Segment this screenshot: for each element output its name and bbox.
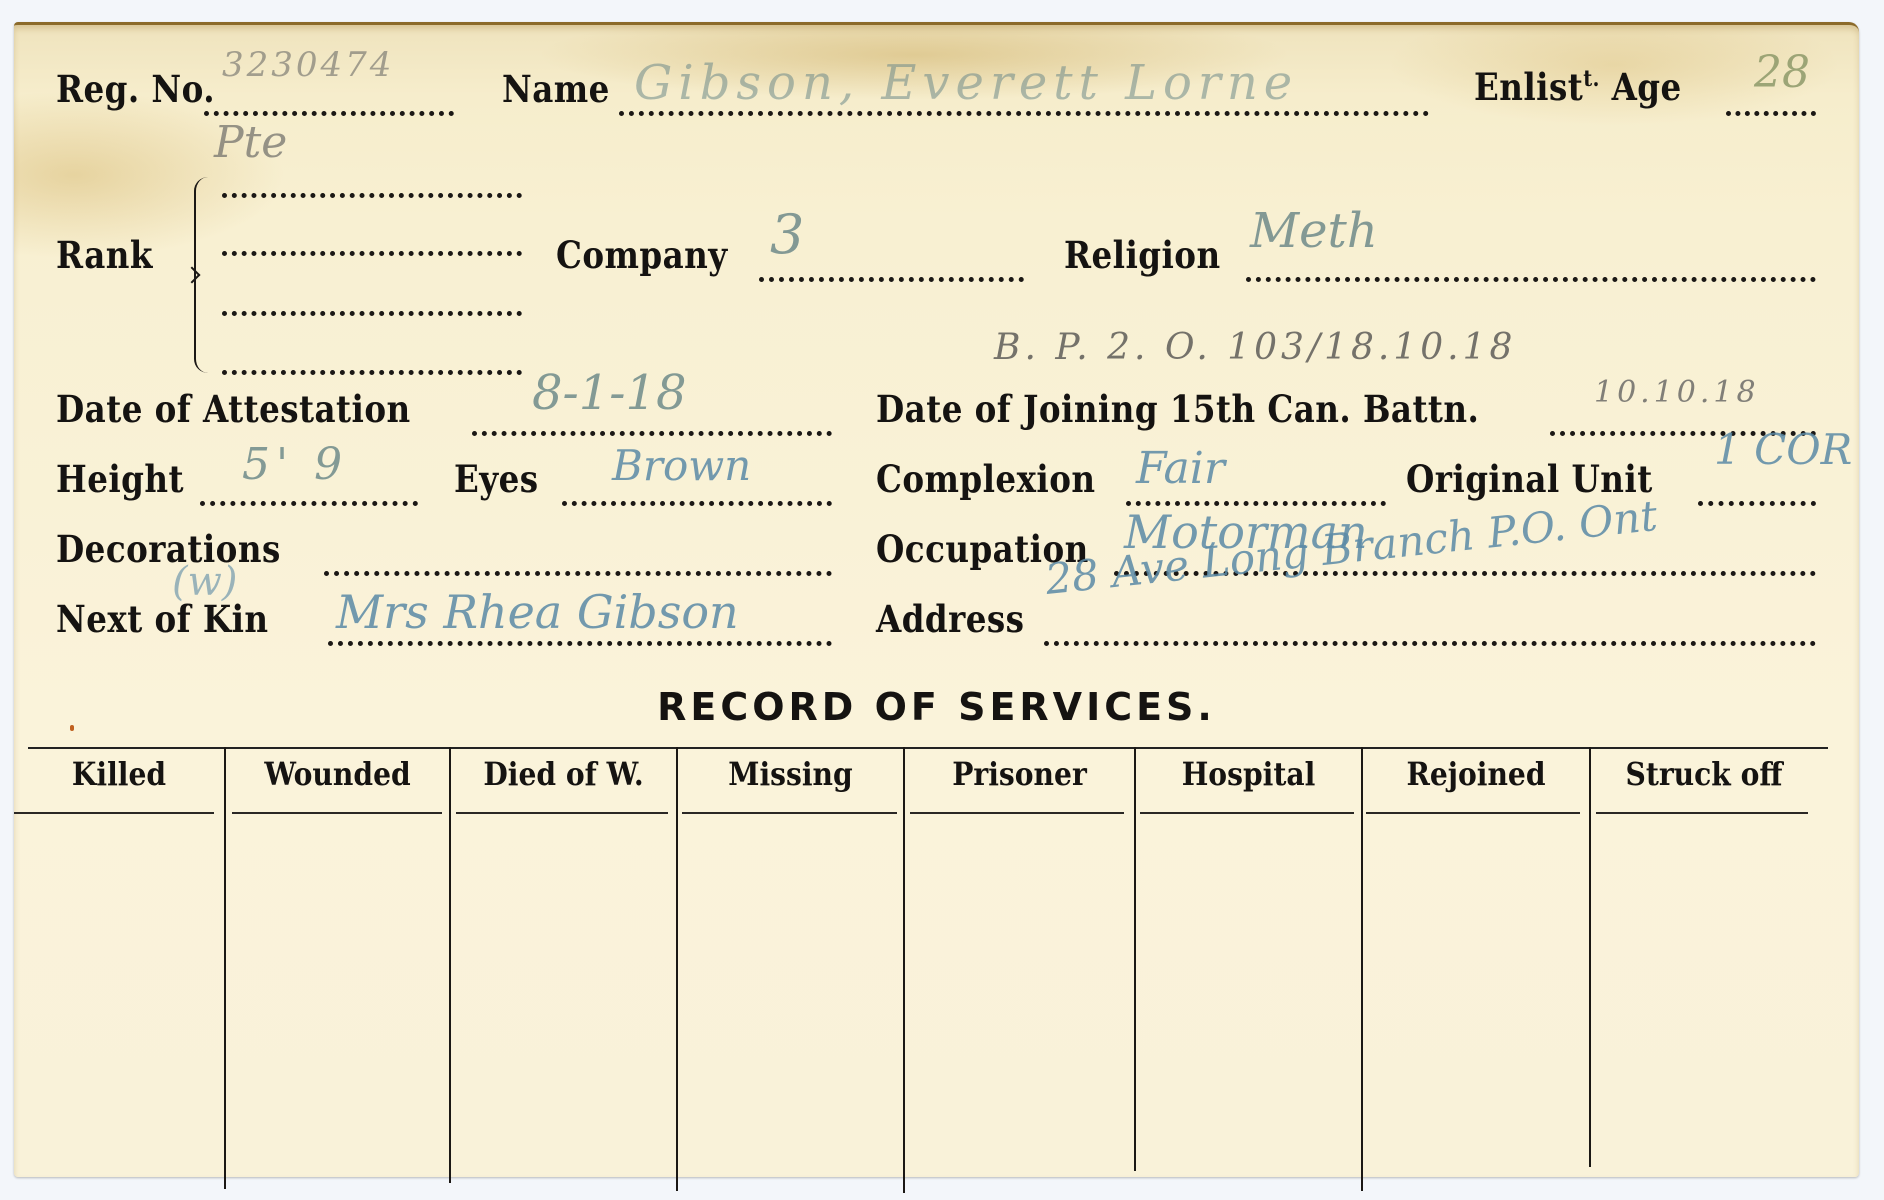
company-line	[759, 277, 1024, 282]
decorations-label: Decorations	[56, 527, 281, 571]
name-value: Gibson, Everett Lorne	[634, 55, 1298, 111]
table-top-rule	[28, 747, 1828, 749]
original-unit-line	[1698, 501, 1816, 506]
column-divider	[1589, 747, 1591, 1167]
company-label: Company	[556, 233, 728, 277]
height-line	[200, 501, 418, 506]
enlist-age-label: Enlistt. Age	[1474, 65, 1682, 109]
next-of-kin-value: Mrs Rhea Gibson	[336, 585, 739, 639]
rank-line-1	[222, 193, 522, 198]
date-of-attestation-line	[472, 431, 832, 436]
address-line	[1044, 641, 1816, 646]
rank-value: Pte	[214, 117, 287, 168]
rank-brace	[194, 177, 214, 373]
column-header-died-of-wounds: Died of W.	[465, 755, 663, 801]
decorations-line	[324, 571, 832, 576]
company-value: 3	[770, 203, 804, 266]
original-unit-value: 1 COR	[1714, 425, 1852, 474]
column-divider	[1134, 747, 1136, 1171]
column-header-missing: Missing	[692, 755, 890, 801]
address-label: Address	[876, 597, 1024, 641]
record-of-services-title: RECORD OF SERVICES.	[14, 685, 1859, 729]
height-label: Height	[56, 457, 184, 501]
date-of-joining-label: Date of Joining 15th Can. Battn.	[876, 387, 1479, 431]
next-of-kin-line	[328, 641, 832, 646]
enlist-age-line	[1726, 111, 1816, 116]
name-label: Name	[502, 67, 610, 111]
column-divider	[903, 747, 905, 1193]
header-rule	[1596, 812, 1808, 814]
eyes-value: Brown	[612, 441, 751, 490]
rank-line-3	[222, 311, 522, 316]
service-record-card: Reg. No. 3230474 Name Gibson, Everett Lo…	[14, 22, 1859, 1177]
reg-no-line	[204, 111, 454, 116]
reg-no-label: Reg. No.	[56, 67, 215, 111]
header-rule	[1140, 812, 1354, 814]
column-divider	[676, 747, 678, 1191]
header-rule	[456, 812, 668, 814]
enlist-age-label-tail: Age	[1600, 65, 1682, 109]
column-header-rejoined: Rejoined	[1377, 755, 1576, 801]
complexion-value: Fair	[1136, 443, 1225, 494]
religion-label: Religion	[1064, 233, 1221, 277]
enlist-age-label-main: Enlist	[1474, 65, 1583, 109]
column-header-struck-off: Struck off	[1605, 755, 1804, 801]
name-line	[619, 111, 1429, 116]
religion-value: Meth	[1250, 203, 1378, 259]
column-divider	[1361, 747, 1363, 1191]
header-rule	[1366, 812, 1580, 814]
next-of-kin-prefix: (w)	[172, 559, 237, 605]
date-of-attestation-label: Date of Attestation	[56, 387, 411, 431]
column-header-wounded: Wounded	[239, 755, 435, 801]
column-divider	[449, 747, 451, 1183]
eyes-label: Eyes	[454, 457, 539, 501]
religion-line	[1246, 277, 1816, 282]
column-header-hospital: Hospital	[1150, 755, 1348, 801]
date-of-attestation-value: 8-1-18	[532, 365, 687, 421]
rank-line-2	[222, 251, 522, 256]
header-rule	[14, 812, 214, 814]
header-rule	[232, 812, 442, 814]
eyes-line	[562, 501, 832, 506]
rank-label: Rank	[56, 233, 153, 277]
reg-no-value: 3230474	[222, 45, 394, 85]
height-value: 5' 9	[242, 439, 348, 490]
date-of-joining-value: 10.10.18	[1594, 375, 1760, 410]
header-rule	[682, 812, 897, 814]
enlist-age-value: 28	[1754, 47, 1810, 98]
complexion-label: Complexion	[876, 457, 1096, 501]
rank-line-4	[222, 370, 522, 375]
bpo-annotation: B. P. 2. O. 103/18.10.18	[994, 327, 1516, 368]
column-divider	[224, 747, 226, 1189]
column-header-killed: Killed	[27, 755, 212, 801]
enlist-age-label-sup: t.	[1583, 66, 1600, 92]
column-header-prisoner: Prisoner	[919, 755, 1121, 801]
header-rule	[910, 812, 1124, 814]
